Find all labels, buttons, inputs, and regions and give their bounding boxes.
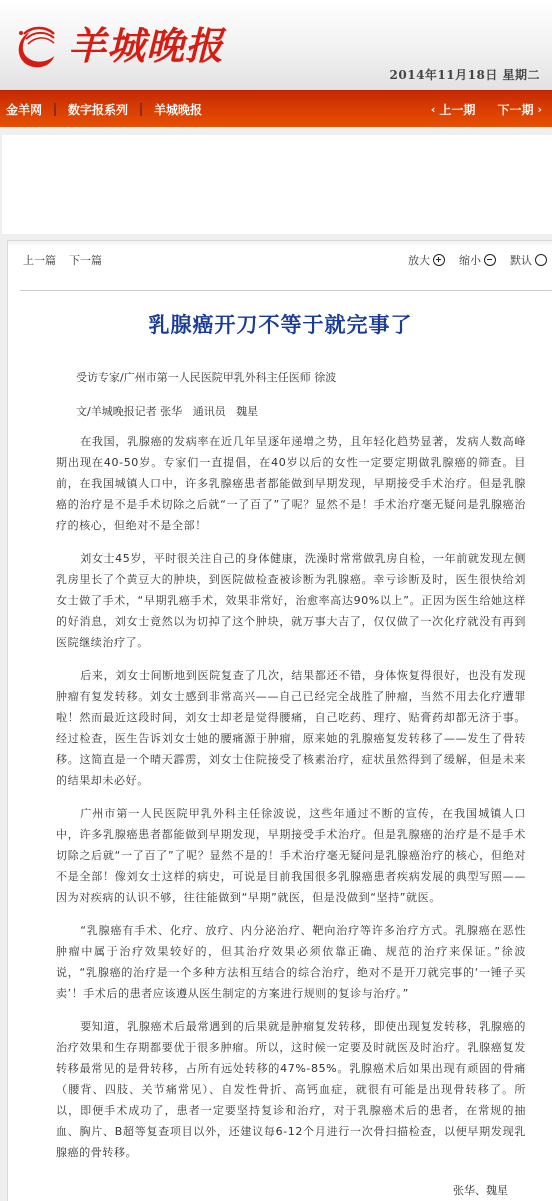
nav-links: 金羊网 数字报系列 羊城晚报 [6,91,202,128]
article-body: 在我国，乳腺癌的发病率在近几年呈逐年递增之势，且年轻化趋势显著，发病人数高峰期出… [56,431,526,1163]
article-title: 乳腺癌开刀不等于就完事了 [8,309,552,339]
zoom-in-label: 放大 [408,252,430,268]
empty-circle-icon [535,254,547,266]
next-issue-link[interactable]: 下一期 [497,101,533,118]
article-panel: 上一篇 下一篇 放大 缩小 默认 乳腺癌开刀不等于就完事了 受访专家/广州市第一… [7,240,552,1201]
chevron-right-icon: › [537,103,542,116]
article-pager: 上一篇 下一篇 [23,252,102,268]
paragraph: 后来，刘女士间断地到医院复查了几次，结果都还不错，身体恢复得很好，也没有发现肿瘤… [56,665,526,791]
top-navbar: 金羊网 数字报系列 羊城晚报 ‹ 上一期 下一期 › [0,90,552,127]
zoom-out-label: 缩小 [459,252,481,268]
zoom-in-button[interactable]: 放大 [408,252,445,268]
prev-article-link[interactable]: 上一篇 [23,252,56,268]
prev-issue-link[interactable]: 上一期 [439,101,475,118]
font-size-controls: 放大 缩小 默认 [408,252,547,268]
nav-link-digital-series[interactable]: 数字报系列 [68,101,128,118]
paragraph: “乳腺癌有手术、化疗、放疗、内分泌治疗、靶向治疗等许多治疗方式。乳腺癌在恶性肿瘤… [56,920,526,1004]
zoom-out-button[interactable]: 缩小 [459,252,496,268]
nav-link-ycwb[interactable]: 羊城晚报 [154,101,202,118]
reset-zoom-button[interactable]: 默认 [510,252,547,268]
nav-separator [54,103,56,116]
reset-zoom-label: 默认 [510,252,532,268]
banner-placeholder [2,135,552,234]
paragraph: 广州市第一人民医院甲乳外科主任徐波说，这些年通过不断的宣传，在我国城镇人口中，许… [56,803,526,908]
minus-circle-icon [484,254,496,266]
issue-pager: ‹ 上一期 下一期 › [431,91,542,128]
issue-date: 2014年11月18日 星期二 [390,66,540,83]
paragraph: 在我国，乳腺癌的发病率在近几年呈逐年递增之势，且年轻化趋势显著，发病人数高峰期出… [56,431,526,536]
paragraph: 要知道，乳腺癌术后最常遇到的后果就是肿瘤复发转移，即使出现复发转移，乳腺癌的治疗… [56,1016,526,1163]
nav-separator [140,103,142,116]
plus-circle-icon [433,254,445,266]
toolbar-divider [20,290,552,291]
reporter-credit: 文/羊城晚报记者 张华 通讯员 魏星 [76,403,258,419]
nav-link-jinyangwang[interactable]: 金羊网 [6,101,42,118]
logo-text: 羊城晚报 [68,22,224,70]
logo[interactable]: 羊城晚报 [10,22,230,72]
next-article-link[interactable]: 下一篇 [69,252,102,268]
article-byline: 张华、魏星 [453,1182,508,1198]
chevron-left-icon: ‹ [431,103,436,116]
interviewed-expert: 受访专家/广州市第一人民医院甲乳外科主任医师 徐波 [76,369,336,385]
article-toolbar: 上一篇 下一篇 放大 缩小 默认 [8,241,552,291]
paragraph: 刘女士45岁，平时很关注自己的身体健康，洗澡时常常做乳房自检，一年前就发现左侧乳… [56,548,526,653]
masthead: 羊城晚报 2014年11月18日 星期二 [0,0,552,90]
ram-logo-icon [10,24,60,70]
